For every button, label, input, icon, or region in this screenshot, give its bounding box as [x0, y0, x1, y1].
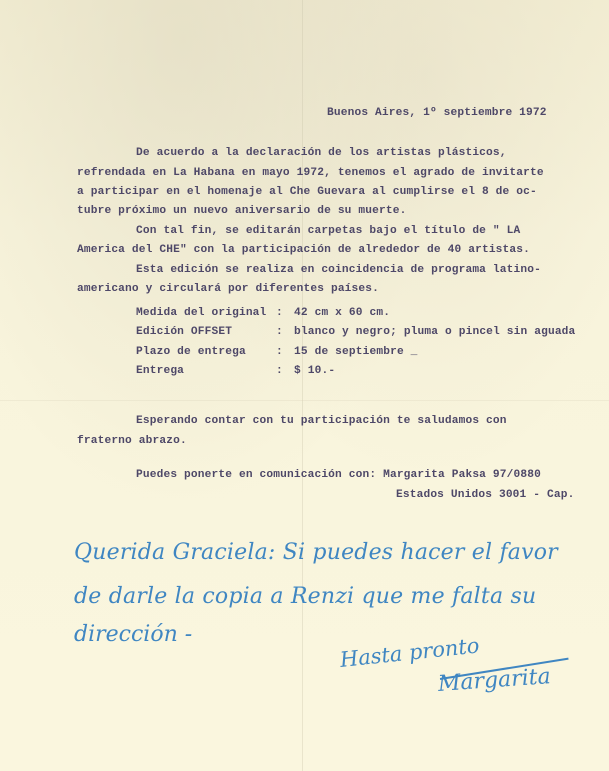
- detail-label: Entrega: [136, 364, 184, 378]
- text-line: Esperando contar con tu participación te…: [136, 414, 507, 428]
- detail-label: Medida del original: [136, 306, 266, 320]
- contact-address: Estados Unidos 3001 - Cap.: [396, 488, 574, 502]
- letter-paper: Buenos Aires, 1º septiembre 1972 De acue…: [0, 0, 609, 771]
- text-line: americano y circulará por diferentes paí…: [77, 282, 379, 296]
- date-line: Buenos Aires, 1º septiembre 1972: [327, 106, 547, 120]
- text-line: Con tal fin, se editarán carpetas bajo e…: [136, 224, 520, 238]
- detail-label: Plazo de entrega: [136, 345, 246, 359]
- detail-value: $ 10.-: [294, 364, 335, 378]
- text-line: Esta edición se realiza en coincidencia …: [136, 263, 541, 277]
- detail-label: Edición OFFSET: [136, 325, 232, 339]
- detail-value: 15 de septiembre _: [294, 345, 418, 359]
- handwritten-line: Querida Graciela: Si puedes hacer el fav…: [74, 540, 558, 565]
- detail-value: blanco y negro; pluma o pincel sin aguad…: [294, 325, 575, 339]
- detail-separator: :: [276, 325, 283, 339]
- text-line: a participar en el homenaje al Che Gueva…: [77, 185, 537, 199]
- text-line: De acuerdo a la declaración de los artis…: [136, 146, 507, 160]
- handwritten-line: de darle la copia a Renzi que me falta s…: [74, 584, 536, 609]
- fold-crease-horizontal: [0, 400, 609, 401]
- handwritten-signoff: Hasta pronto: [339, 633, 481, 672]
- contact-line: Puedes ponerte en comunicación con: Marg…: [136, 468, 541, 482]
- detail-separator: :: [276, 306, 283, 320]
- text-line: America del CHE" con la participación de…: [77, 243, 530, 257]
- detail-separator: :: [276, 364, 283, 378]
- detail-separator: :: [276, 345, 283, 359]
- text-line: refrendada en La Habana en mayo 1972, te…: [77, 166, 544, 180]
- text-line: fraterno abrazo.: [77, 434, 187, 448]
- detail-value: 42 cm x 60 cm.: [294, 306, 390, 320]
- handwritten-line: dirección -: [74, 622, 192, 647]
- text-line: tubre próximo un nuevo aniversario de su…: [77, 204, 406, 218]
- fold-crease-vertical: [302, 0, 303, 771]
